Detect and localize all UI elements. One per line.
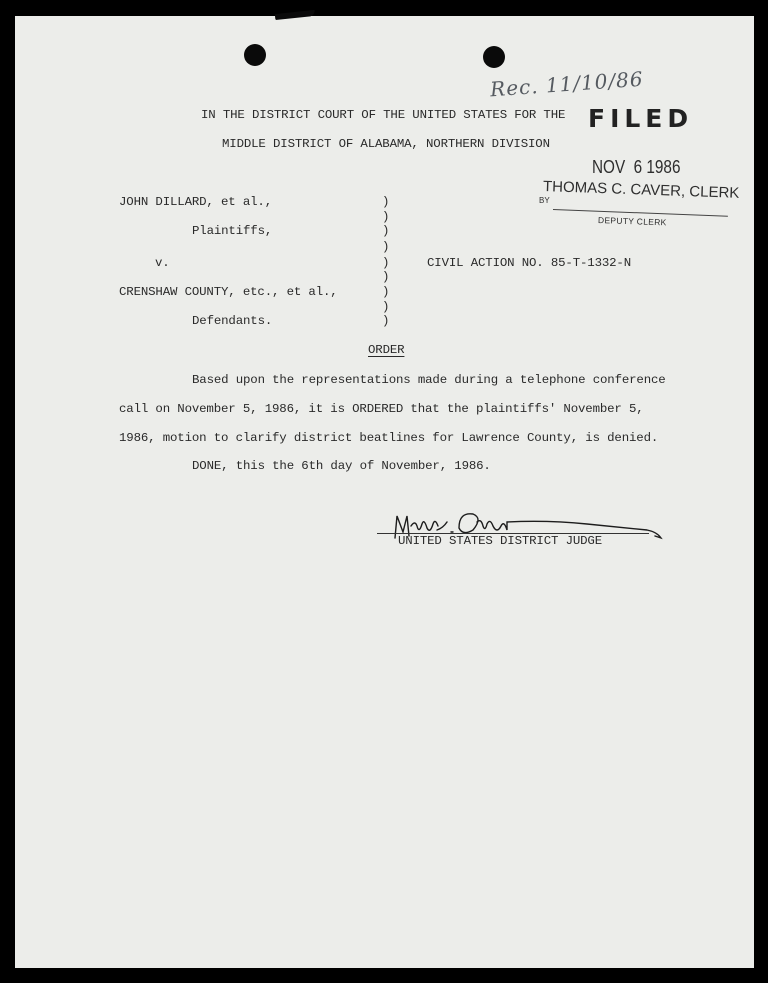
order-body-line2: call on November 5, 1986, it is ORDERED …: [119, 402, 644, 416]
punch-hole-left: [244, 44, 266, 66]
filed-stamp-deputy: DEPUTY CLERK: [598, 215, 667, 227]
caption-defendant: CRENSHAW COUNTY, etc., et al.,: [119, 285, 338, 299]
order-title: ORDER: [368, 343, 404, 357]
caption-plaintiff-role: Plaintiffs,: [192, 224, 272, 238]
order-body-line1: Based upon the representations made duri…: [192, 373, 666, 387]
caption-plaintiff: JOHN DILLARD, et al.,: [119, 195, 272, 209]
court-header-line1: IN THE DISTRICT COURT OF THE UNITED STAT…: [201, 108, 565, 122]
judge-title: UNITED STATES DISTRICT JUDGE: [398, 534, 602, 548]
filed-stamp-word: FILED: [588, 104, 693, 133]
filed-stamp-by: BY: [539, 196, 550, 205]
caption-defendant-role: Defendants.: [192, 314, 272, 328]
filed-stamp-clerk: THOMAS C. CAVER, CLERK: [543, 178, 740, 202]
court-header-line2: MIDDLE DISTRICT OF ALABAMA, NORTHERN DIV…: [222, 137, 550, 151]
document-page: Rec. 11/10/86 IN THE DISTRICT COURT OF T…: [15, 16, 754, 968]
punch-hole-right: [483, 46, 505, 68]
order-body-line3: 1986, motion to clarify district beatlin…: [119, 431, 658, 445]
binder-tab-mark: [275, 10, 315, 20]
order-done-line: DONE, this the 6th day of November, 1986…: [192, 459, 491, 473]
received-handwritten-note: Rec. 11/10/86: [489, 67, 644, 102]
caption-versus: v.: [155, 256, 170, 270]
case-number: CIVIL ACTION NO. 85-T-1332-N: [427, 256, 631, 270]
filed-stamp-date: NOV 6 1986: [592, 157, 680, 178]
